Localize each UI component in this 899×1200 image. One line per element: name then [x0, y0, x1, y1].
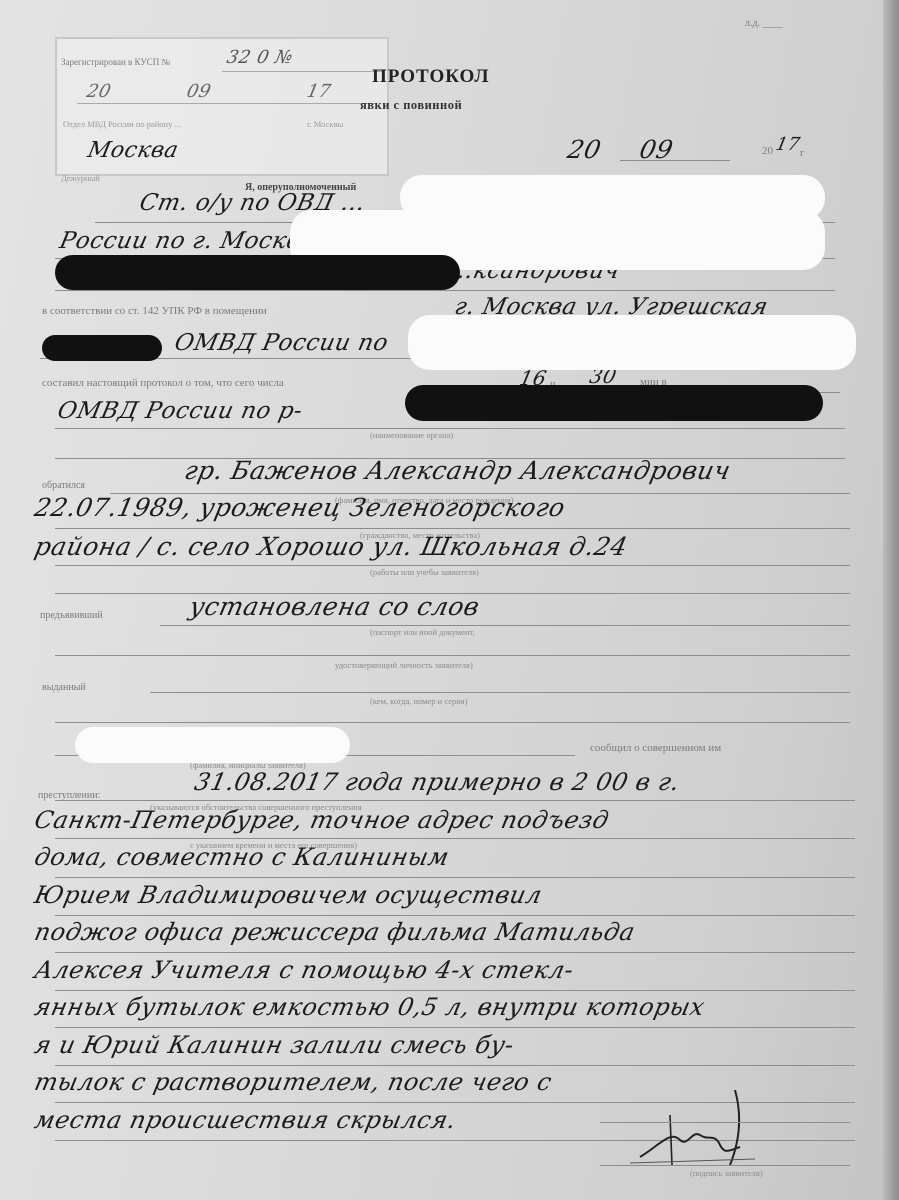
statement-line: дома, совместно с Калининым	[32, 843, 452, 871]
statement-line: янных бутылок емкостью 0,5 л, внутри кот…	[32, 993, 707, 1021]
redaction-black	[55, 255, 460, 290]
stamp-register-number: 32 0 №	[225, 47, 295, 68]
statement-line: Алексея Учителя с помощью 4-х стекл-	[32, 956, 576, 984]
official-line-5: ОМВД России по	[172, 330, 391, 356]
statement-line: я и Юрий Калинин залили смесь бу-	[32, 1031, 517, 1059]
stamp-signature-label: Дежурный	[61, 173, 100, 183]
redaction-black	[405, 385, 823, 421]
statement-line: места происшествия скрылся.	[32, 1106, 459, 1134]
document-subtitle: явки с повинной	[360, 98, 462, 113]
page-edge	[883, 0, 899, 1200]
sheet-label-text: л.д.	[745, 18, 760, 29]
person-line-1: гр. Баженов Александр Александрович	[182, 456, 734, 485]
presented-caption: (паспорт или иной документ,	[370, 627, 475, 637]
reported-text: сообщил о совершенном им	[590, 742, 721, 754]
stamp-month: 09	[185, 81, 213, 102]
official-line-6: ОМВД России по р-	[55, 398, 305, 424]
stamp-year: 17	[305, 81, 333, 102]
signature-caption: (подпись заявителя)	[690, 1168, 763, 1178]
statement-line: поджог офиса режиссера фильма Матильда	[32, 918, 638, 946]
statement-line: 31.08.2017 года примерно в 2 00 в г.	[192, 768, 682, 796]
redaction-white	[75, 727, 350, 763]
issued-caption: (кем, когда, номер и серия)	[370, 696, 468, 706]
document-title: ПРОТОКОЛ	[372, 66, 490, 88]
stamp-day: 20	[85, 81, 113, 102]
place-handwritten: Москва	[85, 138, 180, 163]
stamp-org-line-2: г. Москвы	[307, 119, 343, 129]
date-year-prefix: 20	[762, 145, 773, 157]
stamp-org-line-1: Отдел МВД России по району ...	[63, 119, 181, 129]
statement-rule	[55, 1027, 855, 1028]
date-day: 20	[565, 135, 604, 164]
statement-rule	[55, 915, 855, 916]
person-line-3: района / с. село Хорошо ул. Школьная д.2…	[32, 532, 630, 561]
person-caption-3: (работы или учебы заявителя)	[370, 567, 479, 577]
official-line-2: России по г. Москве	[57, 228, 317, 254]
applicant-signature	[630, 1085, 760, 1175]
date-year-suffix: 17	[774, 134, 802, 155]
sheet-label: л.д. ____	[745, 18, 783, 29]
date-year-postfix: г	[800, 147, 805, 159]
statement-rule	[55, 877, 855, 878]
org-caption: (наименование органа)	[370, 430, 453, 440]
redaction-black	[42, 335, 162, 361]
statement-line: Юрием Владимировичем осуществил	[32, 881, 545, 909]
statement-line: Санкт-Петербурге, точное адрес подъезд	[32, 806, 612, 834]
person-line-2: 22.07.1989, уроженец Зеленогорского	[32, 493, 568, 522]
appeared-label: обратился	[42, 480, 85, 491]
statement-line: тылок с растворителем, после чего с	[32, 1068, 554, 1096]
redaction-white	[408, 315, 856, 370]
issued-label: выданный	[42, 682, 86, 693]
article-text: в соответствии со ст. 142 УПК РФ в помещ…	[42, 305, 267, 317]
presented-value: установлена со слов	[187, 592, 482, 621]
identity-caption: удостоверяющий личность заявителя)	[335, 660, 473, 670]
statement-rule	[55, 990, 855, 991]
stamp-register-label: Зарегистрирован в КУСП №	[61, 57, 170, 67]
composed-text: составил настоящий протокол о том, что с…	[42, 377, 284, 389]
statement-rule	[55, 952, 855, 953]
presented-label: предъявивший	[40, 610, 103, 621]
statement-rule	[55, 1065, 855, 1066]
